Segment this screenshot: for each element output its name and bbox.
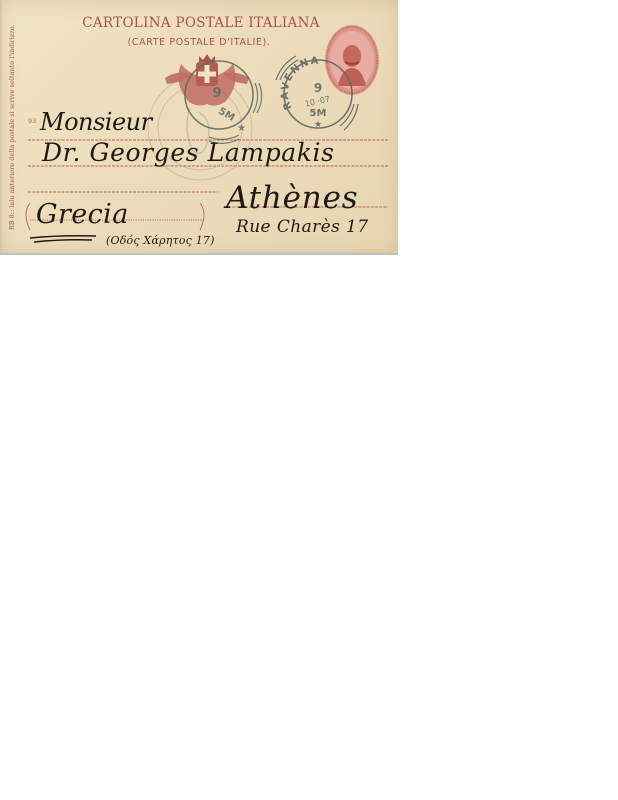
- svg-text:9: 9: [212, 86, 221, 101]
- country-underline: [30, 236, 96, 242]
- svg-text:★: ★: [314, 120, 322, 130]
- svg-text:★: ★: [237, 123, 246, 134]
- postmark-time: 5M: [310, 108, 327, 119]
- address-salutation: Monsieur: [40, 108, 152, 136]
- postmark-date: 10 ·07: [304, 95, 331, 109]
- postcard-side-instruction: RB 8:: lalu anteriore della postale si s…: [9, 24, 16, 230]
- address-city: Athènes: [226, 180, 358, 216]
- king-portrait-stamp-icon: [325, 25, 379, 95]
- address-greek-note: (Οδός Χάρητος 17): [106, 234, 215, 247]
- postmark-day: 9: [314, 81, 322, 95]
- card-edge-bottom: [0, 253, 398, 255]
- address-street: Rue Charès 17: [236, 217, 368, 237]
- address-country: Grecia: [36, 199, 129, 230]
- svg-text:5M: 5M: [216, 106, 236, 124]
- postcard: 9 5M ★ RAVENNA 9 10 ·07 5M ★ CARTOLINA P…: [0, 0, 398, 255]
- postcard-title: CARTOLINA POSTALE ITALIANA: [2, 15, 398, 32]
- postcard-subtitle: (CARTE POSTALE D'ITALIE).: [0, 37, 398, 48]
- address-name: Dr. Georges Lampakis: [42, 138, 335, 167]
- savoy-crest-icon: [165, 54, 249, 106]
- form-number: 93: [28, 117, 36, 125]
